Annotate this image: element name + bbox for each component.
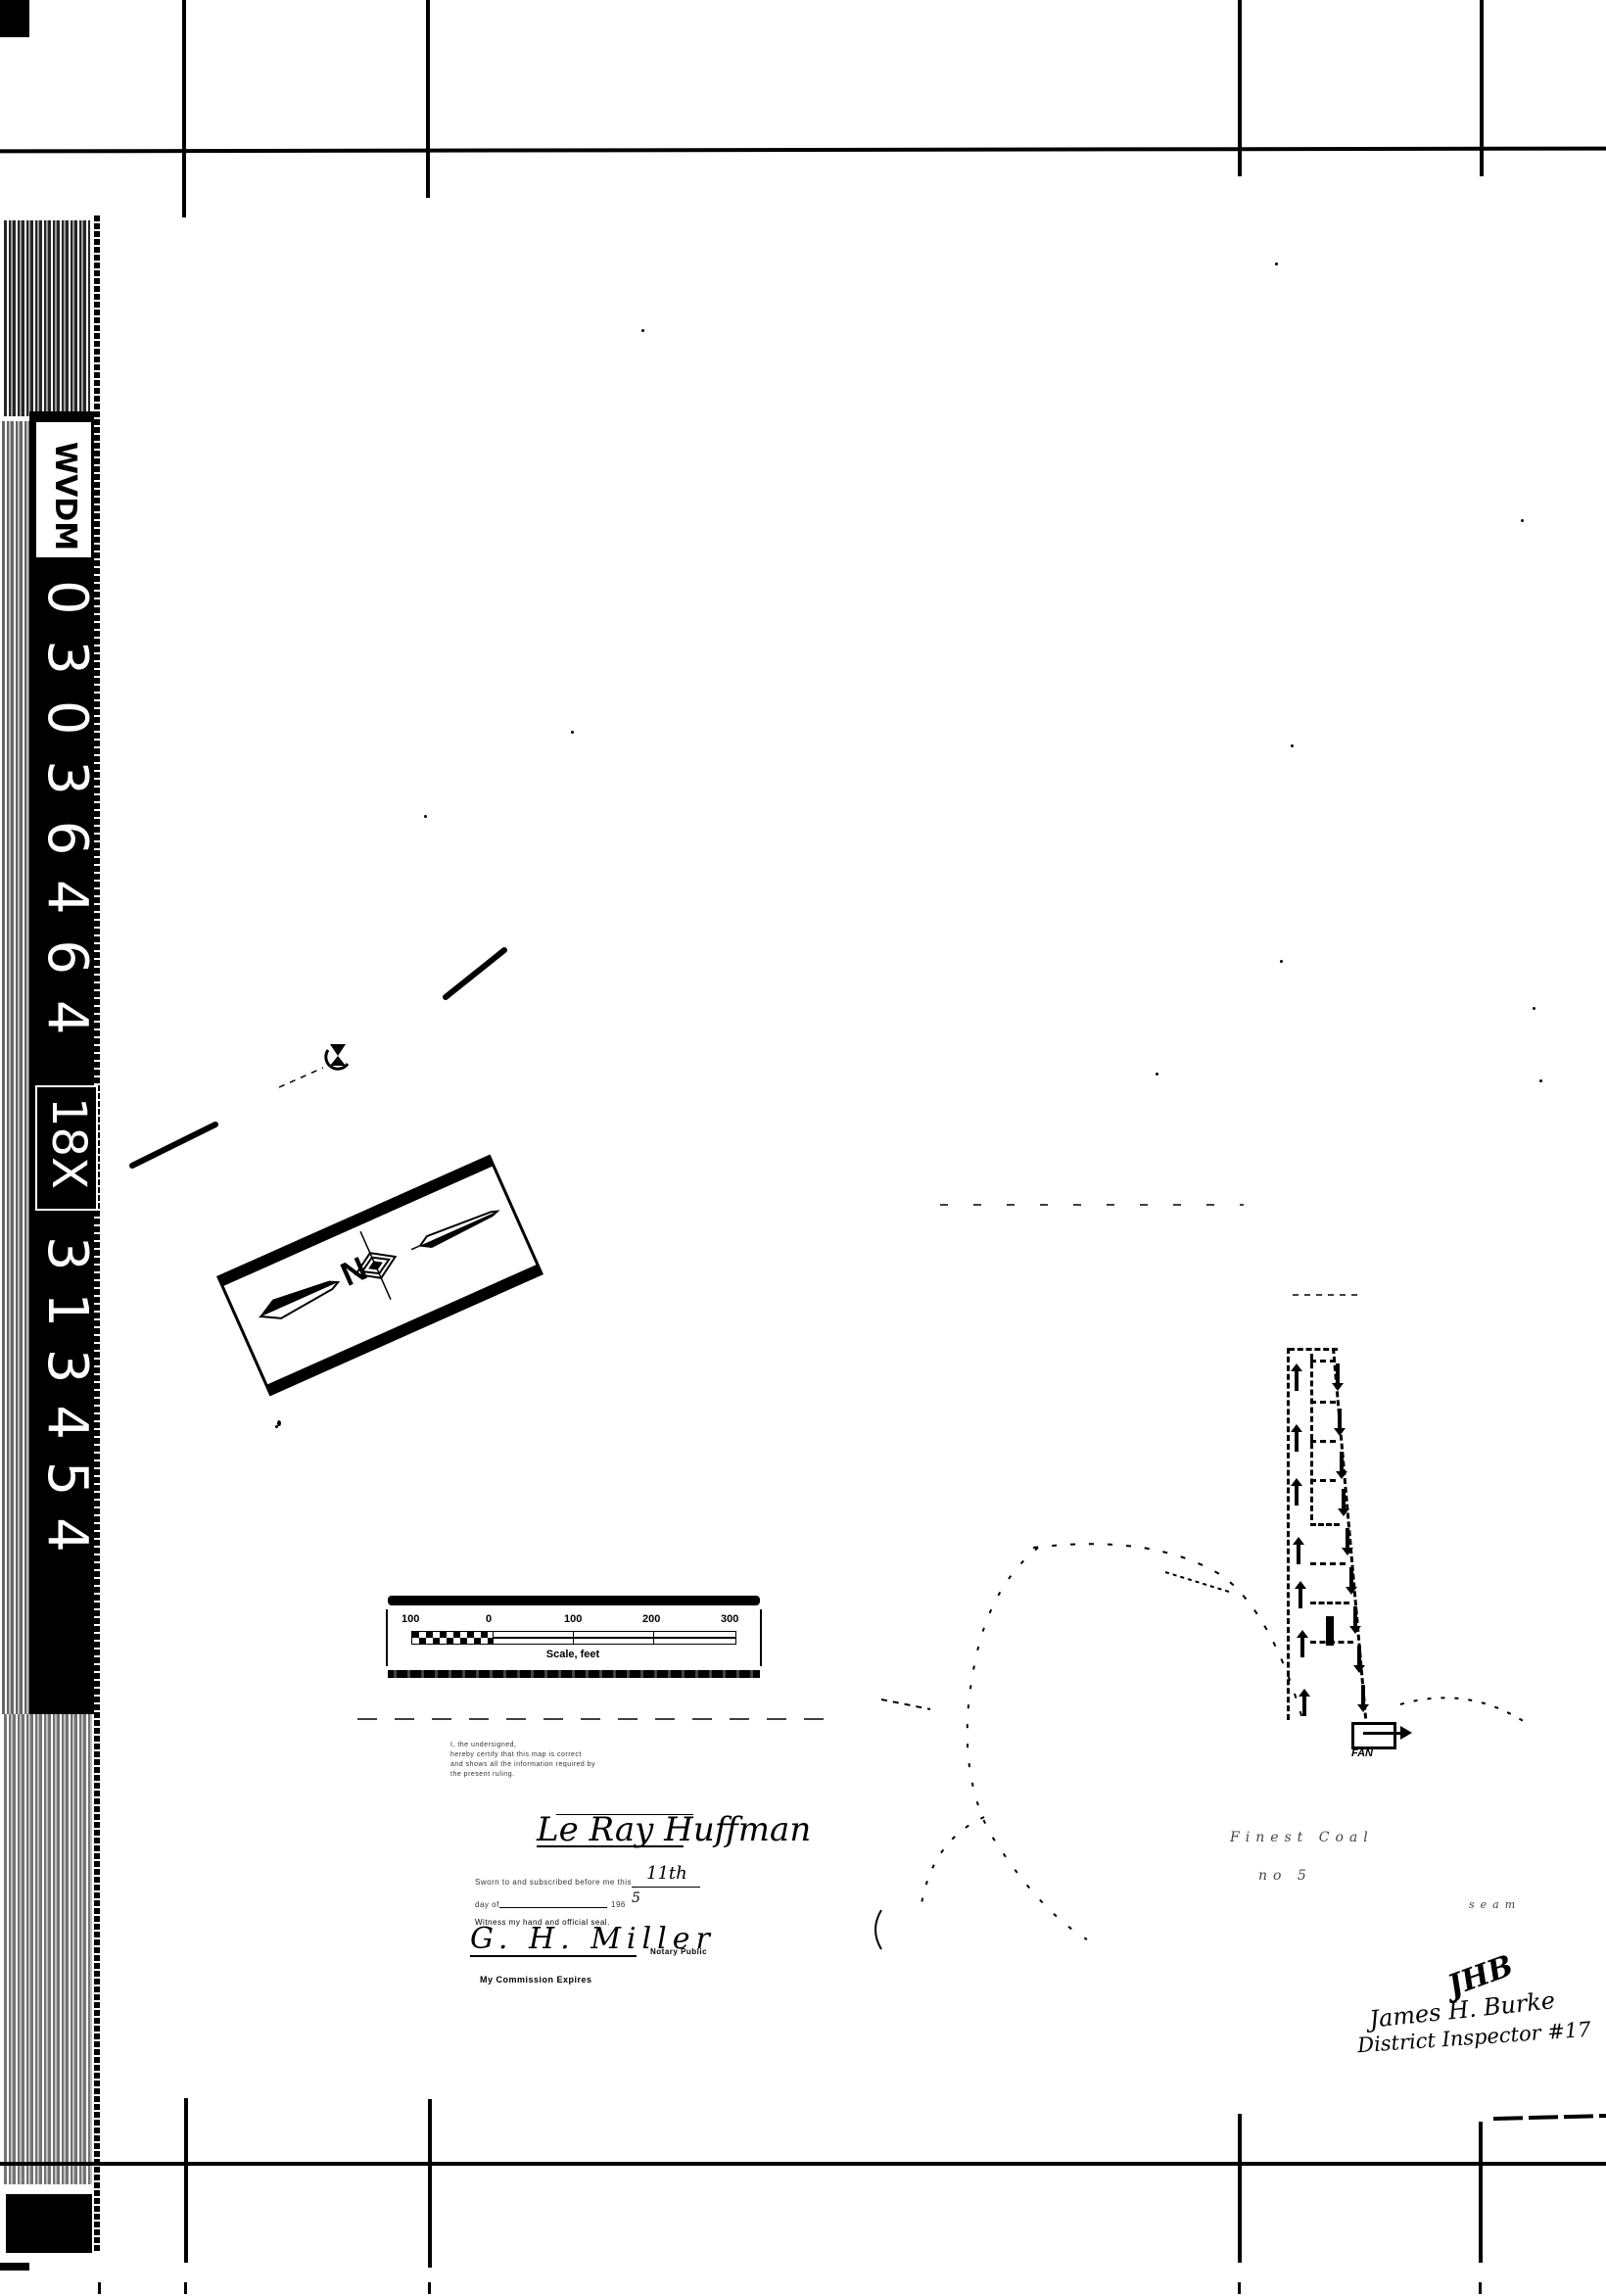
scale-panel-bottom-band xyxy=(388,1670,760,1678)
year-prefix: 196 xyxy=(611,1900,626,1909)
sworn-day: 11th xyxy=(646,1863,687,1884)
airflow-intake-arrow xyxy=(1299,1587,1302,1608)
speck xyxy=(1156,1073,1158,1076)
scale-panel-top-band xyxy=(388,1596,760,1605)
day-of-line: day of xyxy=(475,1900,499,1909)
scale-midline xyxy=(493,1637,735,1639)
airflow-intake-arrow xyxy=(1295,1484,1299,1506)
scale-caption: Scale, feet xyxy=(382,1649,764,1660)
scale-label-100: 100 xyxy=(564,1613,582,1625)
fan-housing xyxy=(1351,1722,1396,1749)
speck xyxy=(277,1420,281,1426)
airflow-return-arrow xyxy=(1361,1685,1365,1706)
airflow-return-arrow xyxy=(1342,1489,1346,1510)
scale-label-300: 300 xyxy=(721,1613,738,1625)
sworn-line: Sworn to and subscribed before me this xyxy=(475,1878,632,1887)
stopping-block xyxy=(1326,1616,1334,1646)
affidavit-line-2: hereby certify that this map is correct xyxy=(450,1751,582,1758)
airflow-return-arrow xyxy=(1357,1646,1361,1667)
survey-stroke xyxy=(132,1124,215,1166)
speck xyxy=(1521,519,1524,522)
airflow-return-arrow xyxy=(1338,1409,1342,1430)
airflow-return-arrow xyxy=(1336,1363,1340,1385)
speck xyxy=(1280,960,1283,963)
scale-bar-graphic xyxy=(411,1631,736,1645)
airflow-return-arrow xyxy=(1340,1452,1344,1473)
map-linework xyxy=(0,0,1606,2296)
speck xyxy=(641,329,644,332)
scale-checker xyxy=(412,1632,493,1644)
speck xyxy=(1275,263,1278,265)
operator-signature: Le Ray Huffman xyxy=(537,1810,811,1849)
ventilation-diagram: FAN xyxy=(1283,1342,1420,1773)
speck xyxy=(1533,1007,1535,1010)
scale-label-100-left: 100 xyxy=(401,1613,419,1625)
airflow-intake-arrow xyxy=(1295,1430,1299,1452)
scale-label-0: 0 xyxy=(486,1613,492,1625)
notary-title: Notary Public xyxy=(650,1947,707,1956)
speck xyxy=(1539,1079,1542,1082)
faint-annotation-3: seam xyxy=(1469,1898,1521,1911)
fan-exhaust-arrow xyxy=(1400,1726,1412,1740)
airflow-return-arrow xyxy=(1349,1567,1353,1589)
affidavit-line-4: the present ruling. xyxy=(450,1771,515,1778)
faint-annotation-1: Finest Coal xyxy=(1230,1830,1374,1845)
airflow-intake-arrow xyxy=(1300,1636,1304,1657)
scale-bar-panel: 100 0 100 200 300 Scale, feet xyxy=(382,1592,764,1680)
airflow-intake-arrow xyxy=(1297,1543,1300,1564)
scale-label-200: 200 xyxy=(642,1613,660,1625)
affidavit-line-1: I, the undersigned, xyxy=(450,1742,517,1748)
station-marker xyxy=(326,1044,348,1069)
affidavit-line-3: and shows all the information required b… xyxy=(450,1761,595,1768)
airflow-intake-arrow xyxy=(1295,1369,1299,1391)
speck xyxy=(424,815,427,818)
airflow-intake-arrow xyxy=(1302,1695,1306,1716)
speck xyxy=(1291,744,1294,747)
faint-annotation-2: no 5 xyxy=(1258,1868,1312,1884)
year-suffix: 5 xyxy=(632,1890,640,1906)
survey-stroke xyxy=(446,950,504,997)
speck xyxy=(571,731,574,734)
commission-line: My Commission Expires xyxy=(480,1975,592,1985)
fan-label: FAN xyxy=(1351,1747,1373,1759)
airflow-return-arrow xyxy=(1353,1606,1357,1628)
airflow-return-arrow xyxy=(1346,1528,1349,1550)
